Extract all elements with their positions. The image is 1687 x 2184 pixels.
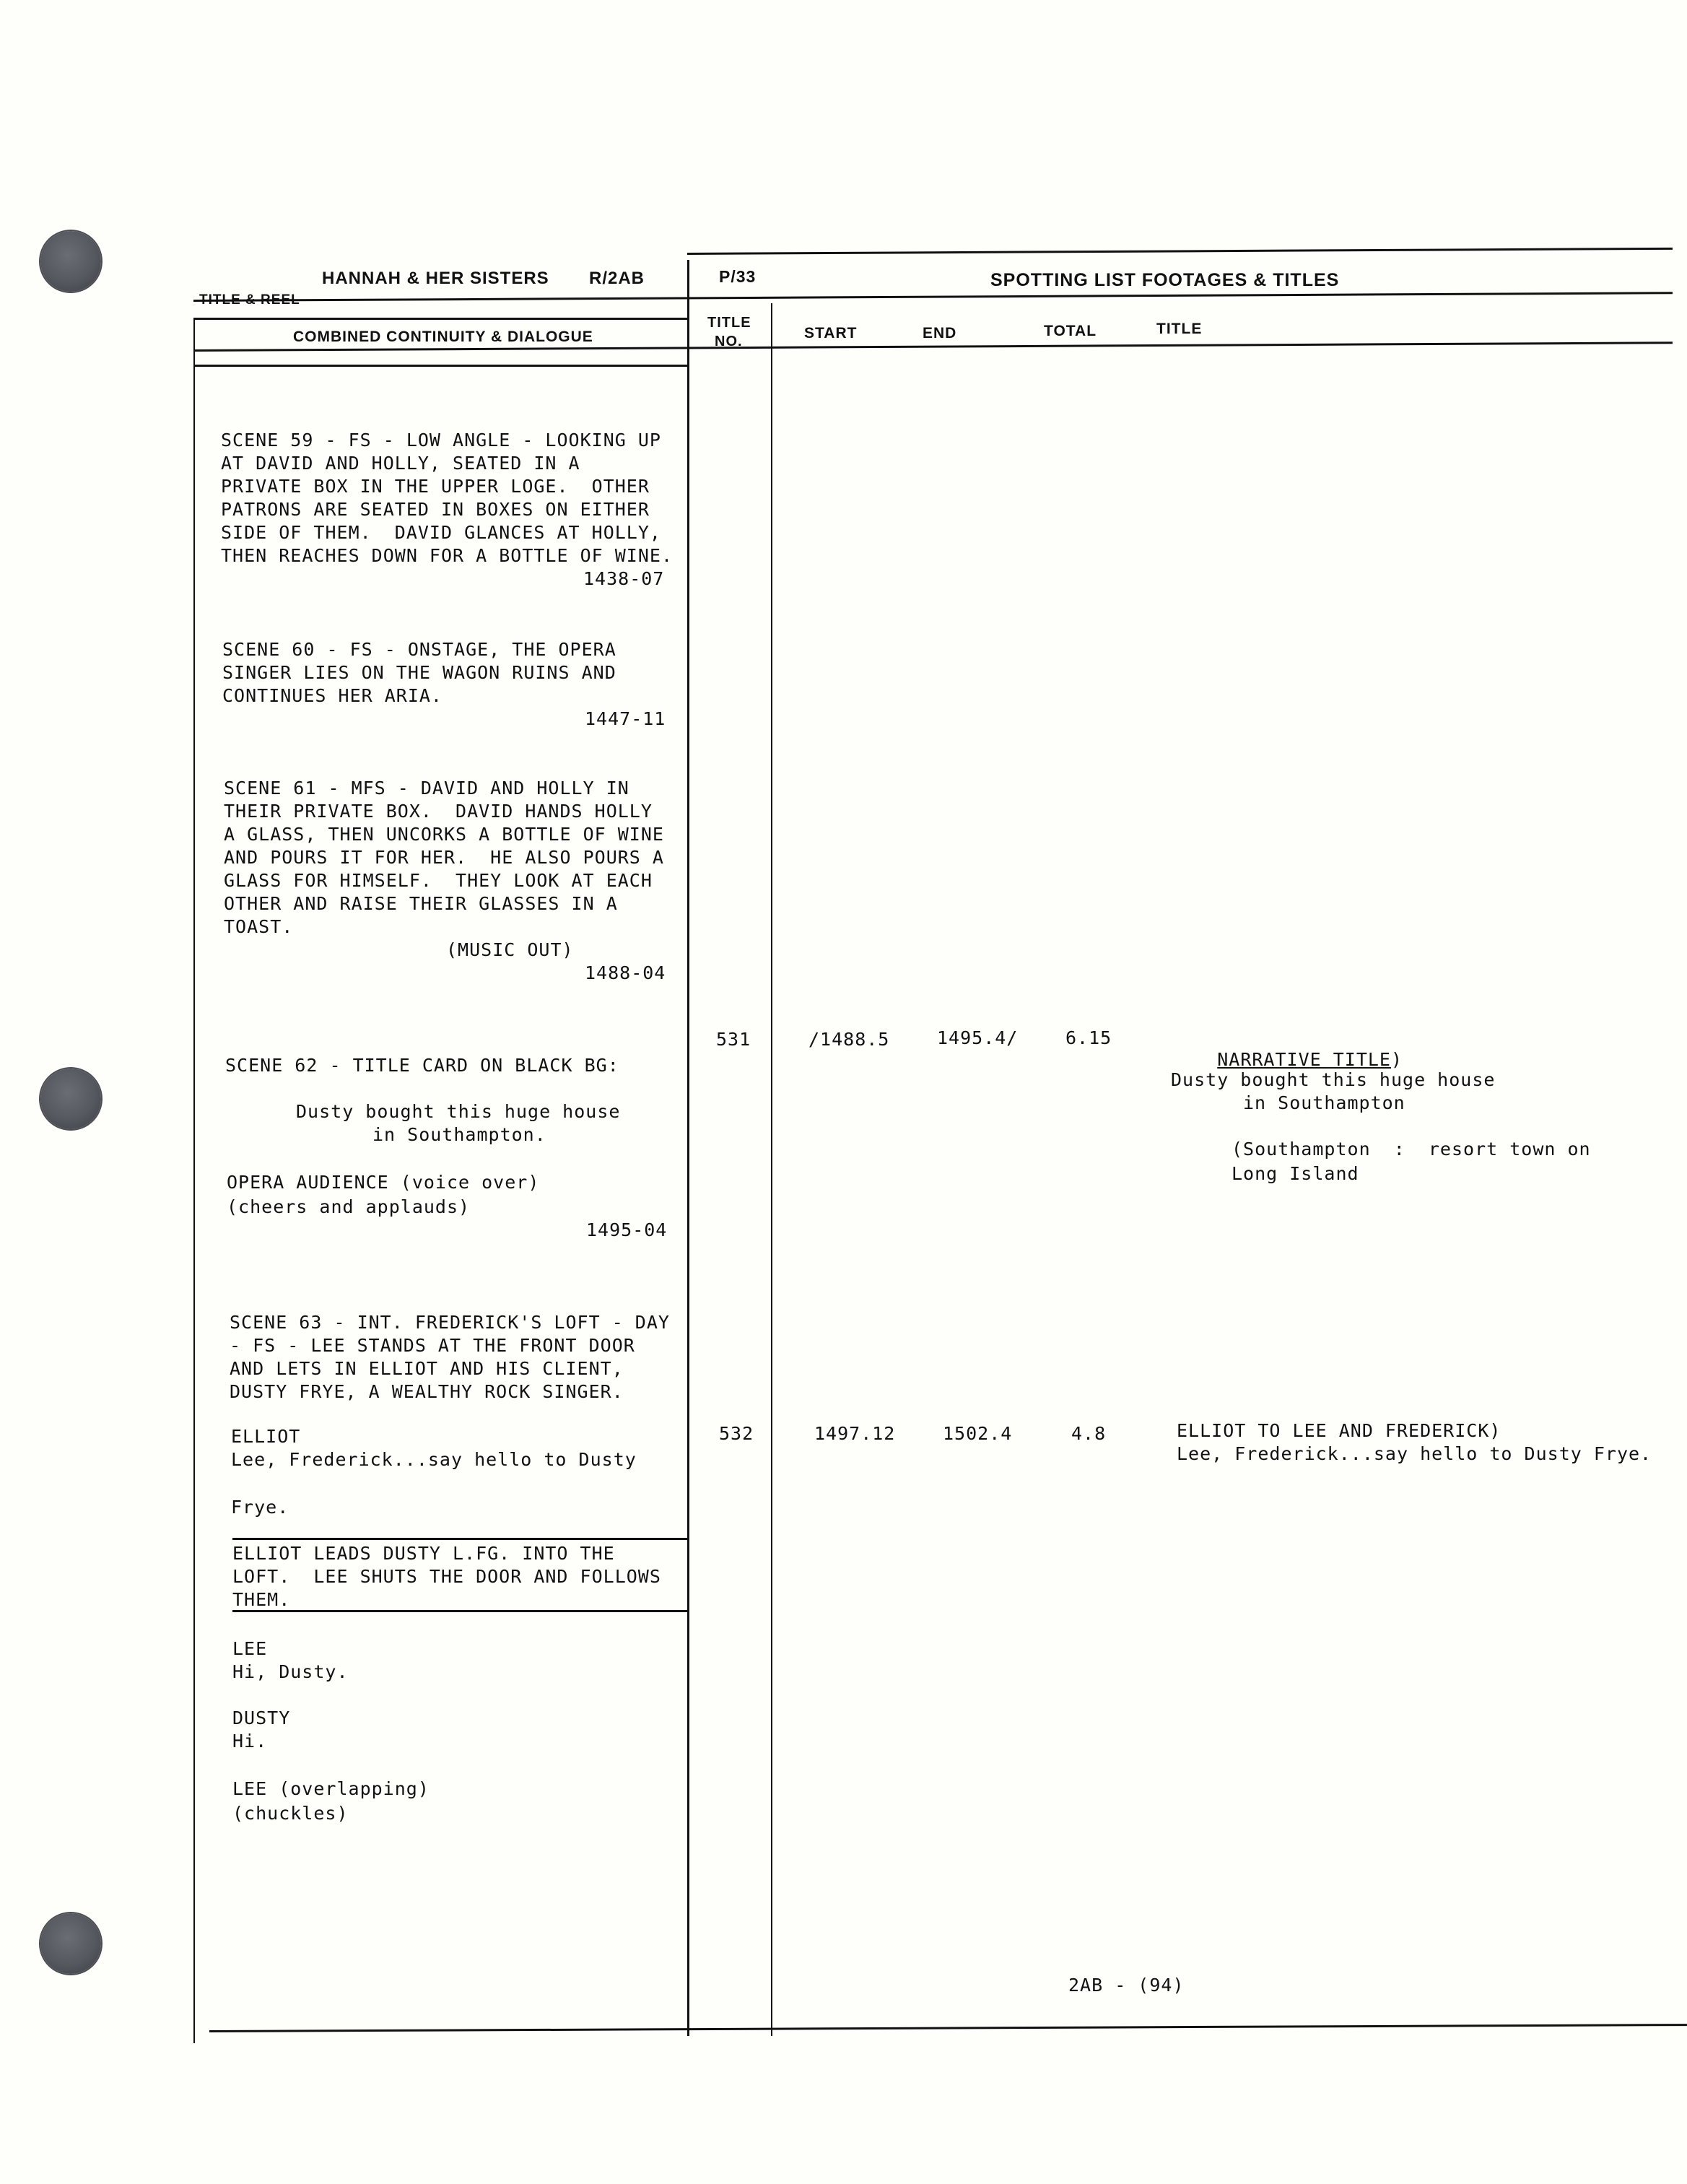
divider-continuity xyxy=(687,260,689,2036)
scene-line: SIDE OF THEM. DAVID GLANCES AT HOLLY, xyxy=(221,521,661,544)
translator-note: Long Island xyxy=(1232,1162,1359,1185)
action-box-bottom-rule xyxy=(232,1610,687,1612)
scene-line: CONTINUES HER ARIA. xyxy=(222,684,443,708)
divider-title-no xyxy=(771,303,772,2036)
header-left-rule xyxy=(193,318,688,320)
total-footage: 6.15 xyxy=(1065,1027,1112,1050)
scene-heading: SCENE 62 - TITLE CARD ON BLACK BG: xyxy=(225,1054,619,1077)
music-note: (MUSIC OUT) xyxy=(446,939,574,962)
dialogue: Frye. xyxy=(231,1496,289,1519)
continuity-heading: COMBINED CONTINUITY & DIALOGUE xyxy=(293,329,593,346)
translator-note: (Southampton : resort town on xyxy=(1232,1138,1591,1161)
col-title-no-1: TITLE xyxy=(707,315,751,331)
scene-line: SCENE 61 - MFS - DAVID AND HOLLY IN xyxy=(224,777,629,800)
end-footage: 1495.4/ xyxy=(937,1027,1018,1050)
scene-line: THEN REACHES DOWN FOR A BOTTLE OF WINE. xyxy=(221,544,673,567)
footage-count: 1438-07 xyxy=(583,567,664,591)
header-left-rule-2 xyxy=(193,365,688,367)
boxed-action-line: THEM. xyxy=(232,1588,290,1611)
scene-line: A GLASS, THEN UNCORKS A BOTTLE OF WINE xyxy=(224,823,664,846)
scene-line: THEIR PRIVATE BOX. DAVID HANDS HOLLY xyxy=(224,800,653,823)
action: (cheers and applauds) xyxy=(227,1196,470,1219)
film-title: HANNAH & HER SISTERS xyxy=(322,269,549,289)
speaker: OPERA AUDIENCE (voice over) xyxy=(227,1171,539,1194)
scene-line: PATRONS ARE SEATED IN BOXES ON EITHER xyxy=(221,498,650,521)
scene-line: AND POURS IT FOR HER. HE ALSO POURS A xyxy=(224,846,664,869)
scene-line: SCENE 60 - FS - ONSTAGE, THE OPERA xyxy=(222,638,616,661)
col-title: TITLE xyxy=(1156,321,1202,338)
scene-line: AT DAVID AND HOLLY, SEATED IN A xyxy=(221,452,580,475)
subtitle-line: Dusty bought this huge house xyxy=(1171,1069,1495,1092)
bottom-rule xyxy=(209,2024,1687,2032)
speaker: LEE xyxy=(232,1637,267,1661)
scene-line: AND LETS IN ELLIOT AND HIS CLIENT, xyxy=(230,1357,624,1380)
narrative-title-label: NARRATIVE TITLE xyxy=(1217,1049,1391,1070)
action: (chuckles) xyxy=(232,1802,349,1825)
binder-hole-middle xyxy=(40,1069,101,1129)
speaker: ELLIOT xyxy=(231,1425,300,1448)
footage-count: 1488-04 xyxy=(585,962,666,985)
title-card-line: Dusty bought this huge house xyxy=(296,1100,620,1123)
scene-line: GLASS FOR HIMSELF. THEY LOOK AT EACH xyxy=(224,869,653,892)
dialogue: Lee, Frederick...say hello to Dusty xyxy=(231,1448,637,1471)
page-footer-code: 2AB - (94) xyxy=(1068,1974,1185,1997)
end-footage: 1502.4 xyxy=(943,1422,1012,1445)
total-footage: 4.8 xyxy=(1071,1422,1106,1445)
title-card-line: in Southampton. xyxy=(372,1123,546,1147)
scene-line: DUSTY FRYE, A WEALTHY ROCK SINGER. xyxy=(230,1380,624,1404)
col-end: END xyxy=(923,325,956,342)
start-footage: /1488.5 xyxy=(808,1028,889,1051)
speaker: DUSTY xyxy=(232,1707,290,1730)
col-total: TOTAL xyxy=(1044,323,1097,340)
header-left-border xyxy=(193,318,195,2043)
col-title-no-2: NO. xyxy=(715,334,743,350)
footage-count: 1447-11 xyxy=(585,708,666,731)
scene-line: TOAST. xyxy=(224,915,293,939)
title-heading: ELLIOT TO LEE AND FREDERICK) xyxy=(1177,1419,1501,1443)
speaker: LEE (overlapping) xyxy=(232,1778,430,1801)
scene-line: SCENE 63 - INT. FREDERICK'S LOFT - DAY xyxy=(230,1311,670,1334)
header-rule-1 xyxy=(193,292,1673,302)
scene-line: PRIVATE BOX IN THE UPPER LOGE. OTHER xyxy=(221,475,650,498)
binder-hole-bottom xyxy=(40,1913,101,1974)
subtitle-line: in Southampton xyxy=(1243,1092,1405,1115)
page-code: P/33 xyxy=(719,267,756,287)
action-box-top-rule xyxy=(232,1538,687,1540)
start-footage: 1497.12 xyxy=(814,1422,895,1445)
title-reel-label: TITLE & REEL xyxy=(199,292,300,308)
scene-line: SCENE 59 - FS - LOW ANGLE - LOOKING UP xyxy=(221,429,661,452)
scene-line: - FS - LEE STANDS AT THE FRONT DOOR xyxy=(230,1334,635,1357)
footage-count: 1495-04 xyxy=(586,1219,667,1242)
title-number: 531 xyxy=(716,1028,751,1051)
spotting-heading: SPOTTING LIST FOOTAGES & TITLES xyxy=(990,270,1339,291)
boxed-action-line: ELLIOT LEADS DUSTY L.FG. INTO THE xyxy=(232,1542,615,1565)
binder-hole-top xyxy=(40,231,101,292)
dialogue: Hi. xyxy=(232,1730,267,1753)
top-rule-right xyxy=(687,248,1673,255)
subtitle-line: Lee, Frederick...say hello to Dusty Frye… xyxy=(1177,1443,1652,1466)
scene-line: SINGER LIES ON THE WAGON RUINS AND xyxy=(222,661,616,684)
title-number: 532 xyxy=(719,1422,754,1445)
scene-line: OTHER AND RAISE THEIR GLASSES IN A xyxy=(224,892,618,915)
col-start: START xyxy=(804,325,857,342)
dialogue: Hi, Dusty. xyxy=(232,1661,349,1684)
reel-code: R/2AB xyxy=(589,269,645,289)
boxed-action-line: LOFT. LEE SHUTS THE DOOR AND FOLLOWS xyxy=(232,1565,661,1588)
